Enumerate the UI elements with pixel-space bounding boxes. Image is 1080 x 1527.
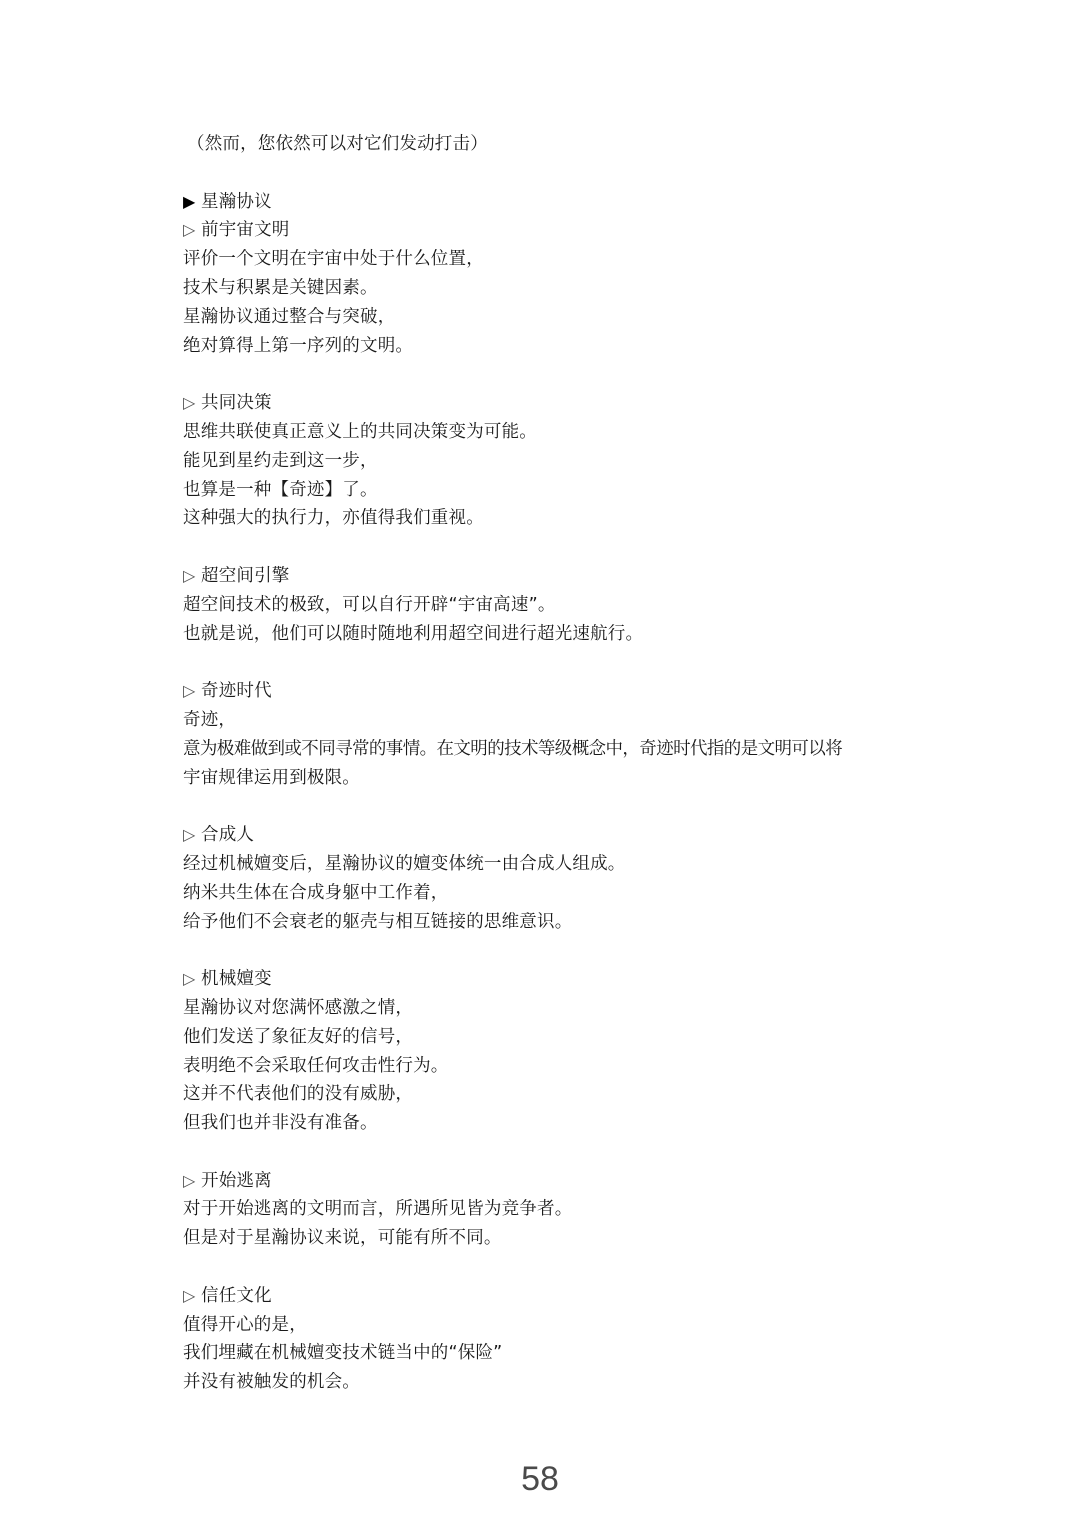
- body-line: 经过机械嬗变后，星瀚协议的嬗变体统一由合成人组成。: [183, 850, 943, 879]
- body-line: 对于开始逃离的文明而言，所遇所见皆为竞争者。: [183, 1195, 943, 1224]
- body-line: 评价一个文明在宇宙中处于什么位置，: [183, 245, 943, 274]
- body-line: 并没有被触发的机会。: [183, 1368, 943, 1397]
- spacer: [183, 1138, 943, 1167]
- outline-triangle-icon: ▷: [183, 562, 201, 591]
- body-line: 这种强大的执行力，亦值得我们重视。: [183, 504, 943, 533]
- subsection-heading: ▷奇迹时代: [183, 677, 943, 706]
- subsection-joint-decision: ▷共同决策 思维共联使真正意义上的共同决策变为可能。 能见到星约走到这一步， 也…: [183, 389, 943, 533]
- outline-triangle-icon: ▷: [183, 389, 201, 418]
- body-line: 星瀚协议对您满怀感激之情，: [183, 994, 943, 1023]
- subsection-heading: ▷超空间引擎: [183, 562, 943, 591]
- subsection-begin-escape: ▷开始逃离 对于开始逃离的文明而言，所遇所见皆为竞争者。 但是对于星瀚协议来说，…: [183, 1167, 943, 1253]
- subsection-synthetics: ▷合成人 经过机械嬗变后，星瀚协议的嬗变体统一由合成人组成。 纳米共生体在合成身…: [183, 821, 943, 936]
- body-line: 超空间技术的极致，可以自行开辟“宇宙高速”。: [183, 591, 943, 620]
- body-line: 但是对于星瀚协议来说，可能有所不同。: [183, 1224, 943, 1253]
- body-line: 星瀚协议通过整合与突破，: [183, 303, 943, 332]
- filled-triangle-icon: ▶: [183, 188, 201, 217]
- subsection-pre-cosmic-civilization: ▷前宇宙文明 评价一个文明在宇宙中处于什么位置， 技术与积累是关键因素。 星瀚协…: [183, 216, 943, 360]
- outline-triangle-icon: ▷: [183, 1167, 201, 1196]
- spacer: [183, 792, 943, 821]
- body-line: 他们发送了象征友好的信号，: [183, 1023, 943, 1052]
- section-title: 星瀚协议: [201, 192, 272, 212]
- spacer: [183, 159, 943, 188]
- spacer: [183, 360, 943, 389]
- section-heading: ▶星瀚协议: [183, 188, 943, 217]
- subsection-hyperspace-engine: ▷超空间引擎 超空间技术的极致，可以自行开辟“宇宙高速”。 也就是说，他们可以随…: [183, 562, 943, 648]
- spacer: [183, 648, 943, 677]
- subsection-title: 共同决策: [201, 393, 272, 413]
- page-content: （然而，您依然可以对它们发动打击） ▶星瀚协议 ▷前宇宙文明 评价一个文明在宇宙…: [183, 130, 943, 1397]
- subsection-mechanical-transmutation: ▷机械嬗变 星瀚协议对您满怀感激之情， 他们发送了象征友好的信号， 表明绝不会采…: [183, 965, 943, 1138]
- body-line: 奇迹，: [183, 706, 943, 735]
- subsection-heading: ▷共同决策: [183, 389, 943, 418]
- subsection-title: 信任文化: [201, 1286, 272, 1306]
- outline-triangle-icon: ▷: [183, 965, 201, 994]
- subsection-title: 开始逃离: [201, 1171, 272, 1191]
- subsection-title: 前宇宙文明: [201, 220, 290, 240]
- body-line: 绝对算得上第一序列的文明。: [183, 332, 943, 361]
- body-line: 给予他们不会衰老的躯壳与相互链接的思维意识。: [183, 908, 943, 937]
- subsection-title: 合成人: [201, 825, 254, 845]
- outline-triangle-icon: ▷: [183, 821, 201, 850]
- subsection-heading: ▷前宇宙文明: [183, 216, 943, 245]
- body-line: 能见到星约走到这一步，: [183, 447, 943, 476]
- spacer: [183, 1253, 943, 1282]
- subsection-age-of-miracles: ▷奇迹时代 奇迹， 意为极难做到或不同寻常的事情。在文明的技术等级概念中，奇迹时…: [183, 677, 943, 792]
- subsection-culture-of-trust: ▷信任文化 值得开心的是， 我们埋藏在机械嬗变技术链当中的“保险” 并没有被触发…: [183, 1282, 943, 1397]
- spacer: [183, 533, 943, 562]
- body-line: 也算是一种【奇迹】了。: [183, 476, 943, 505]
- subsection-heading: ▷合成人: [183, 821, 943, 850]
- intro-note: （然而，您依然可以对它们发动打击）: [187, 130, 943, 159]
- body-line: 宇宙规律运用到极限。: [183, 764, 943, 793]
- outline-triangle-icon: ▷: [183, 216, 201, 245]
- body-line: 值得开心的是，: [183, 1311, 943, 1340]
- body-line: 我们埋藏在机械嬗变技术链当中的“保险”: [183, 1339, 943, 1368]
- body-line: 但我们也并非没有准备。: [183, 1109, 943, 1138]
- body-line: 纳米共生体在合成身躯中工作着，: [183, 879, 943, 908]
- body-line: 表明绝不会采取任何攻击性行为。: [183, 1052, 943, 1081]
- subsection-title: 奇迹时代: [201, 681, 272, 701]
- subsection-title: 超空间引擎: [201, 566, 290, 586]
- outline-triangle-icon: ▷: [183, 677, 201, 706]
- subsection-heading: ▷开始逃离: [183, 1167, 943, 1196]
- subsection-title: 机械嬗变: [201, 969, 272, 989]
- body-line: 这并不代表他们的没有威胁，: [183, 1080, 943, 1109]
- body-line: 思维共联使真正意义上的共同决策变为可能。: [183, 418, 943, 447]
- body-line: 也就是说，他们可以随时随地利用超空间进行超光速航行。: [183, 620, 943, 649]
- page-number: 58: [0, 1460, 1080, 1499]
- subsection-heading: ▷机械嬗变: [183, 965, 943, 994]
- outline-triangle-icon: ▷: [183, 1282, 201, 1311]
- subsection-heading: ▷信任文化: [183, 1282, 943, 1311]
- body-line: 意为极难做到或不同寻常的事情。在文明的技术等级概念中，奇迹时代指的是文明可以将: [183, 735, 943, 764]
- body-line: 技术与积累是关键因素。: [183, 274, 943, 303]
- spacer: [183, 936, 943, 965]
